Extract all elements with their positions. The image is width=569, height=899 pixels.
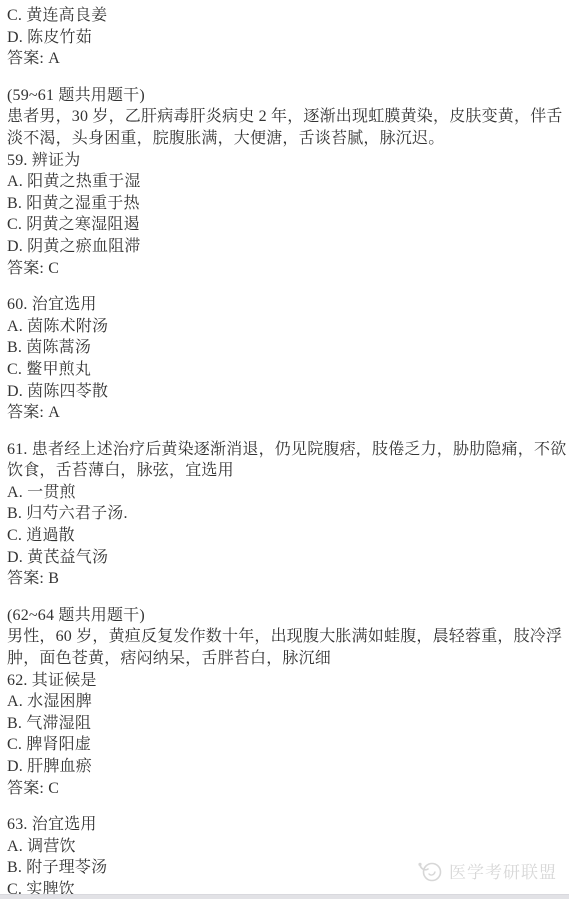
answer-line: 答案: C	[7, 778, 563, 800]
document-content: C. 黄连高良姜 D. 陈皮竹茹 答案: A (59~61 题共用题干) 患者男…	[0, 0, 569, 899]
group-header-line: (59~61 题共用题干)	[7, 85, 563, 107]
question-60-block: 60. 治宜选用 A. 茵陈术附汤 B. 茵陈蒿汤 C. 鳖甲煎丸 D. 茵陈四…	[7, 294, 563, 424]
option-line: D. 阴黄之瘀血阻滞	[7, 236, 563, 258]
option-line: A. 茵陈术附汤	[7, 316, 563, 338]
answer-line: 答案: B	[7, 568, 563, 590]
answer-line: 答案: A	[7, 48, 563, 70]
group-header-line: (62~64 题共用题干)	[7, 605, 563, 627]
answer-line: 答案: A	[7, 402, 563, 424]
option-line: D. 陈皮竹茹	[7, 27, 563, 49]
question-title-line: 62. 其证候是	[7, 670, 563, 692]
stethoscope-circle-icon	[417, 859, 443, 883]
option-line: A. 水湿困脾	[7, 691, 563, 713]
stem-line: 患者男，30 岁，乙肝病毒肝炎病史 2 年，逐渐出现虹膜黄染，皮肤变黄，伴舌	[7, 106, 563, 128]
option-line: D. 茵陈四苓散	[7, 381, 563, 403]
question-58-tail-block: C. 黄连高良姜 D. 陈皮竹茹 答案: A	[7, 5, 563, 70]
question-59-block: (59~61 题共用题干) 患者男，30 岁，乙肝病毒肝炎病史 2 年，逐渐出现…	[7, 85, 563, 279]
option-line: C. 逍過散	[7, 525, 563, 547]
question-title-line: 59. 辨证为	[7, 150, 563, 172]
option-line: A. 一贯煎	[7, 482, 563, 504]
stem-line: 淡不渴，头身困重，脘腹胀满，大便溏，舌谈苔腻，脉沉迟。	[7, 128, 563, 150]
option-line: B. 气滞湿阻	[7, 713, 563, 735]
watermark-label: 医学考研联盟	[449, 858, 557, 883]
question-title-line: 61. 患者经上述治疗后黄染逐渐消退，仍见院腹痞，肢倦乏力，胁肋隐痛，不欲	[7, 439, 563, 461]
option-line: C. 脾肾阳虚	[7, 734, 563, 756]
question-title-line: 63. 治宜选用	[7, 814, 563, 836]
option-line: C. 鳖甲煎丸	[7, 359, 563, 381]
option-line: A. 阳黄之热重于湿	[7, 171, 563, 193]
option-line: A. 调营饮	[7, 836, 563, 858]
exam-document-page: C. 黄连高良姜 D. 陈皮竹茹 答案: A (59~61 题共用题干) 患者男…	[0, 0, 569, 899]
option-line: B. 茵陈蒿汤	[7, 337, 563, 359]
option-line: B. 阳黄之湿重于热	[7, 193, 563, 215]
bottom-divider-bar	[0, 894, 569, 899]
question-62-block: (62~64 题共用题干) 男性，60 岁，黄疸反复发作数十年，出现腹大胀满如蛙…	[7, 605, 563, 799]
option-line: C. 黄连高良姜	[7, 5, 563, 27]
option-line: D. 肝脾血瘀	[7, 756, 563, 778]
option-line: B. 归芍六君子汤.	[7, 503, 563, 525]
question-63-block: 63. 治宜选用 A. 调营饮 B. 附子理苓汤 C. 实脾饮	[7, 814, 563, 899]
option-line: C. 阴黄之寒湿阻遏	[7, 214, 563, 236]
watermark: 医学考研联盟	[417, 858, 557, 883]
question-title-line: 饮食，舌苔薄白，脉弦，宜选用	[7, 460, 563, 482]
question-title-line: 60. 治宜选用	[7, 294, 563, 316]
stem-line: 肿，面色苍黄，痞闷纳呆，舌胖苔白，脉沉细	[7, 648, 563, 670]
option-line: D. 黄芪益气汤	[7, 547, 563, 569]
question-61-block: 61. 患者经上述治疗后黄染逐渐消退，仍见院腹痞，肢倦乏力，胁肋隐痛，不欲 饮食…	[7, 439, 563, 590]
answer-line: 答案: C	[7, 258, 563, 280]
stem-line: 男性，60 岁，黄疸反复发作数十年，出现腹大胀满如蛙腹，晨轻蓉重，肢冷浮	[7, 626, 563, 648]
